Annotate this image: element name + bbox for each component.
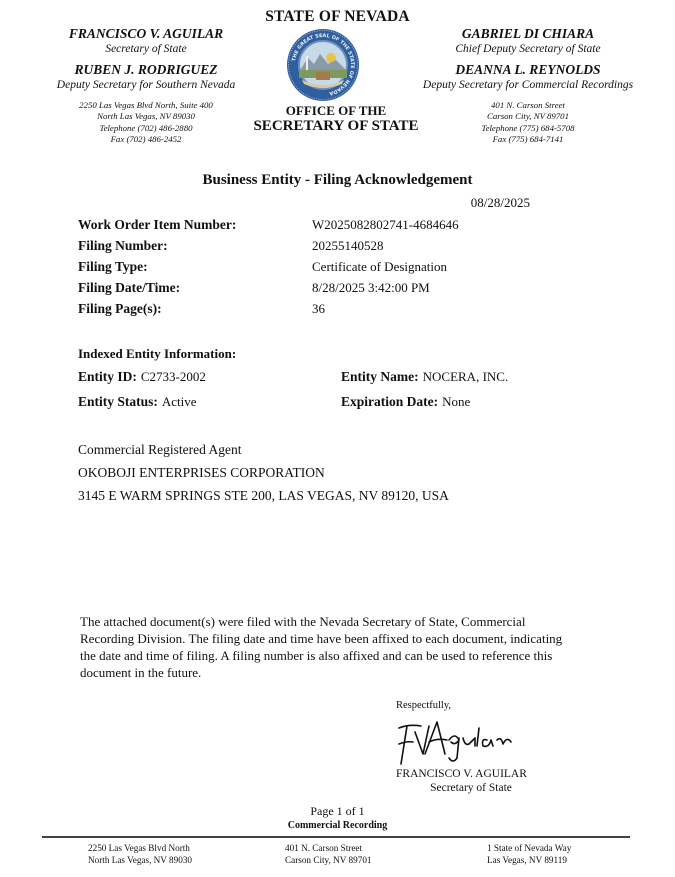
office-title-line1: OFFICE OF THE bbox=[236, 103, 436, 119]
expiration-date-label: Expiration Date: bbox=[341, 394, 438, 409]
official-name: FRANCISCO V. AGUILAR bbox=[16, 26, 276, 42]
expiration-date-value: None bbox=[442, 394, 470, 409]
entity-id-label: Entity ID: bbox=[78, 369, 137, 384]
field-label: Filing Page(s): bbox=[78, 301, 162, 317]
official-role: Deputy Secretary for Southern Nevada bbox=[16, 78, 276, 92]
field-label: Filing Date/Time: bbox=[78, 280, 180, 296]
footer-address-las-vegas-north: 2250 Las Vegas Blvd North North Las Vega… bbox=[88, 843, 192, 866]
field-label: Work Order Item Number: bbox=[78, 217, 236, 233]
expiration-date: Expiration Date:None bbox=[341, 394, 470, 410]
agent-type: Commercial Registered Agent bbox=[78, 442, 241, 458]
agent-name: OKOBOJI ENTERPRISES CORPORATION bbox=[78, 465, 325, 481]
footer-label: Commercial Recording bbox=[0, 820, 675, 831]
signer-title: Secretary of State bbox=[396, 782, 546, 794]
agent-address: 3145 E WARM SPRINGS STE 200, LAS VEGAS, … bbox=[78, 488, 449, 504]
official-role: Chief Deputy Secretary of State bbox=[398, 42, 658, 56]
filing-notice: The attached document(s) were filed with… bbox=[80, 613, 580, 681]
field-filing-pages: Filing Page(s): 36 bbox=[78, 301, 598, 322]
field-value: W2025082802741-4684646 bbox=[312, 217, 459, 233]
field-value: 20255140528 bbox=[312, 238, 384, 254]
signature-icon bbox=[393, 714, 573, 770]
page-number: Page 1 of 1 bbox=[0, 804, 675, 819]
address-line: 401 N. Carson Street bbox=[398, 100, 658, 111]
address-line: Carson City, NV 89701 bbox=[285, 855, 372, 867]
field-value: 36 bbox=[312, 301, 325, 317]
entity-status-label: Entity Status: bbox=[78, 394, 158, 409]
address-line: Las Vegas, NV 89119 bbox=[487, 855, 571, 867]
entity-id: Entity ID:C2733-2002 bbox=[78, 369, 206, 385]
field-label: Filing Type: bbox=[78, 259, 148, 275]
field-value: Certificate of Designation bbox=[312, 259, 447, 275]
state-title: STATE OF NEVADA bbox=[0, 8, 675, 26]
indexed-entity-title: Indexed Entity Information: bbox=[78, 346, 236, 362]
office-title-line2: SECRETARY OF STATE bbox=[216, 118, 456, 135]
signer-name: FRANCISCO V. AGUILAR bbox=[396, 768, 527, 780]
document-date: 08/28/2025 bbox=[470, 195, 530, 211]
state-seal-icon: THE GREAT SEAL OF THE STATE OF NEVADA bbox=[286, 28, 360, 102]
field-work-order: Work Order Item Number: W2025082802741-4… bbox=[78, 217, 598, 238]
address-line: 1 State of Nevada Way bbox=[487, 843, 571, 855]
entity-name-value: NOCERA, INC. bbox=[423, 369, 509, 384]
official-role: Deputy Secretary for Commercial Recordin… bbox=[398, 78, 658, 92]
document-title: Business Entity - Filing Acknowledgement bbox=[0, 172, 675, 189]
footer-address-las-vegas: 1 State of Nevada Way Las Vegas, NV 8911… bbox=[487, 843, 571, 866]
official-role: Secretary of State bbox=[16, 42, 276, 56]
field-filing-number: Filing Number: 20255140528 bbox=[78, 238, 598, 259]
official-name: RUBEN J. RODRIGUEZ bbox=[16, 62, 276, 78]
field-label: Filing Number: bbox=[78, 238, 168, 254]
footer-address-carson-city: 401 N. Carson Street Carson City, NV 897… bbox=[285, 843, 372, 866]
official-name: GABRIEL DI CHIARA bbox=[398, 26, 658, 42]
entity-id-value: C2733-2002 bbox=[141, 369, 206, 384]
field-value: 8/28/2025 3:42:00 PM bbox=[312, 280, 430, 296]
field-filing-datetime: Filing Date/Time: 8/28/2025 3:42:00 PM bbox=[78, 280, 598, 301]
field-filing-type: Filing Type: Certificate of Designation bbox=[78, 259, 598, 280]
entity-status: Entity Status:Active bbox=[78, 394, 197, 410]
closing-salutation: Respectfully, bbox=[396, 700, 451, 711]
footer-divider bbox=[42, 836, 630, 838]
fax-line: Fax (775) 684-7141 bbox=[398, 134, 658, 145]
address-line: 401 N. Carson Street bbox=[285, 843, 372, 855]
entity-name: Entity Name:NOCERA, INC. bbox=[341, 369, 508, 385]
official-name: DEANNA L. REYNOLDS bbox=[398, 62, 658, 78]
entity-status-value: Active bbox=[162, 394, 197, 409]
fax-line: Fax (702) 486-2452 bbox=[16, 134, 276, 145]
address-line: North Las Vegas, NV 89030 bbox=[88, 855, 192, 867]
entity-name-label: Entity Name: bbox=[341, 369, 419, 384]
address-line: 2250 Las Vegas Blvd North bbox=[88, 843, 192, 855]
